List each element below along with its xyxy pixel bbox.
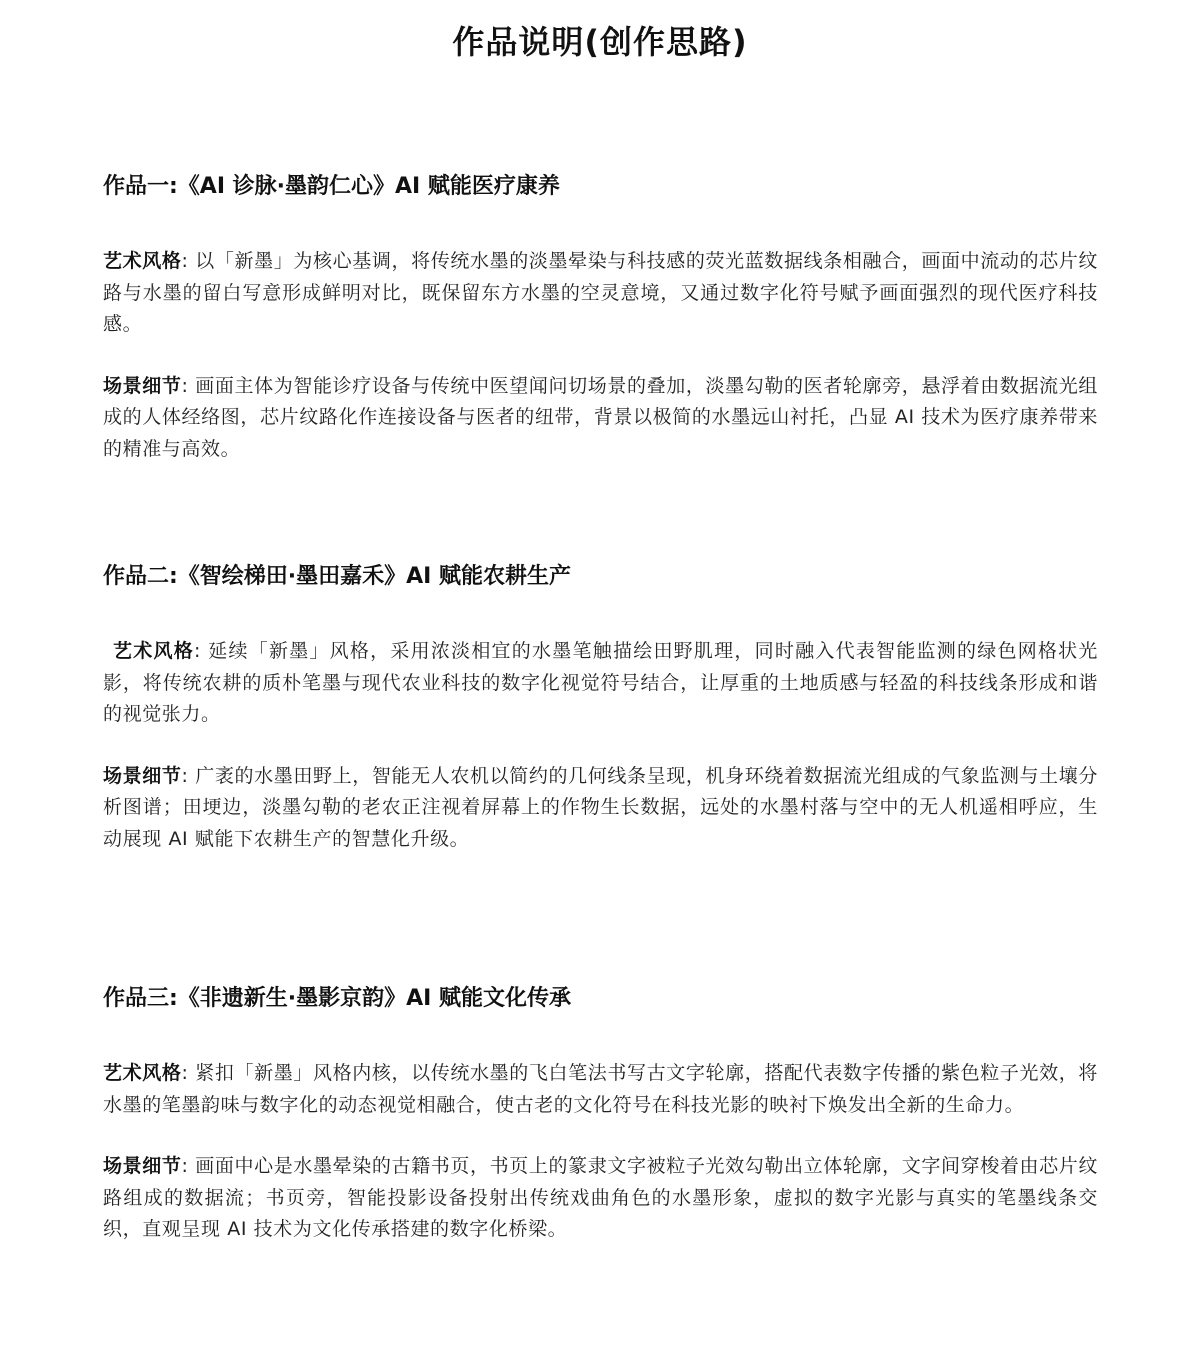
- label-separator: :: [194, 640, 201, 662]
- label-separator: :: [182, 375, 189, 397]
- scene-detail-label: 场景细节: [103, 375, 182, 397]
- art-style-label: 艺术风格: [113, 640, 194, 662]
- scene-detail-paragraph: 场景细节: 广袤的水墨田野上，智能无人农机以简约的几何线条呈现，机身环绕着数据流…: [103, 761, 1098, 856]
- art-style-label: 艺术风格: [103, 250, 182, 272]
- art-style-label: 艺术风格: [103, 1062, 182, 1084]
- scene-detail-text: 画面中心是水墨晕染的古籍书页，书页上的篆隶文字被粒子光效勾勒出立体轮廓，文字间穿…: [103, 1155, 1098, 1240]
- scene-detail-paragraph: 场景细节: 画面中心是水墨晕染的古籍书页，书页上的篆隶文字被粒子光效勾勒出立体轮…: [103, 1151, 1098, 1246]
- scene-detail-label: 场景细节: [103, 1155, 182, 1177]
- document-title: 作品说明(创作思路): [0, 20, 1200, 64]
- scene-detail-paragraph: 场景细节: 画面主体为智能诊疗设备与传统中医望闻问切场景的叠加，淡墨勾勒的医者轮…: [103, 371, 1098, 466]
- art-style-paragraph: 艺术风格: 紧扣「新墨」风格内核，以传统水墨的飞白笔法书写古文字轮廓，搭配代表数…: [103, 1058, 1098, 1121]
- section-heading: 作品三:《非遗新生·墨影京韵》AI 赋能文化传承: [103, 983, 1098, 1015]
- artwork-section-1: 作品一:《AI 诊脉·墨韵仁心》AI 赋能医疗康养 艺术风格: 以「新墨」为核心…: [103, 171, 1098, 465]
- label-separator: :: [182, 765, 189, 787]
- scene-detail-label: 场景细节: [103, 765, 182, 787]
- artwork-section-2: 作品二:《智绘梯田·墨田嘉禾》AI 赋能农耕生产 艺术风格: 延续「新墨」风格，…: [103, 561, 1098, 855]
- section-heading: 作品二:《智绘梯田·墨田嘉禾》AI 赋能农耕生产: [103, 561, 1098, 593]
- artwork-section-3: 作品三:《非遗新生·墨影京韵》AI 赋能文化传承 艺术风格: 紧扣「新墨」风格内…: [103, 983, 1098, 1246]
- label-separator: :: [182, 250, 189, 272]
- art-style-text: 以「新墨」为核心基调，将传统水墨的淡墨晕染与科技感的荧光蓝数据线条相融合，画面中…: [103, 250, 1098, 335]
- scene-detail-text: 广袤的水墨田野上，智能无人农机以简约的几何线条呈现，机身环绕着数据流光组成的气象…: [103, 765, 1098, 850]
- section-heading: 作品一:《AI 诊脉·墨韵仁心》AI 赋能医疗康养: [103, 171, 1098, 203]
- art-style-text: 紧扣「新墨」风格内核，以传统水墨的飞白笔法书写古文字轮廓，搭配代表数字传播的紫色…: [103, 1062, 1098, 1116]
- art-style-text: 延续「新墨」风格，采用浓淡相宜的水墨笔触描绘田野肌理，同时融入代表智能监测的绿色…: [103, 640, 1098, 725]
- label-separator: :: [182, 1155, 189, 1177]
- label-separator: :: [182, 1062, 189, 1084]
- art-style-paragraph: 艺术风格: 以「新墨」为核心基调，将传统水墨的淡墨晕染与科技感的荧光蓝数据线条相…: [103, 246, 1098, 341]
- art-style-paragraph: 艺术风格: 延续「新墨」风格，采用浓淡相宜的水墨笔触描绘田野肌理，同时融入代表智…: [103, 636, 1098, 731]
- scene-detail-text: 画面主体为智能诊疗设备与传统中医望闻问切场景的叠加，淡墨勾勒的医者轮廓旁，悬浮着…: [103, 375, 1098, 460]
